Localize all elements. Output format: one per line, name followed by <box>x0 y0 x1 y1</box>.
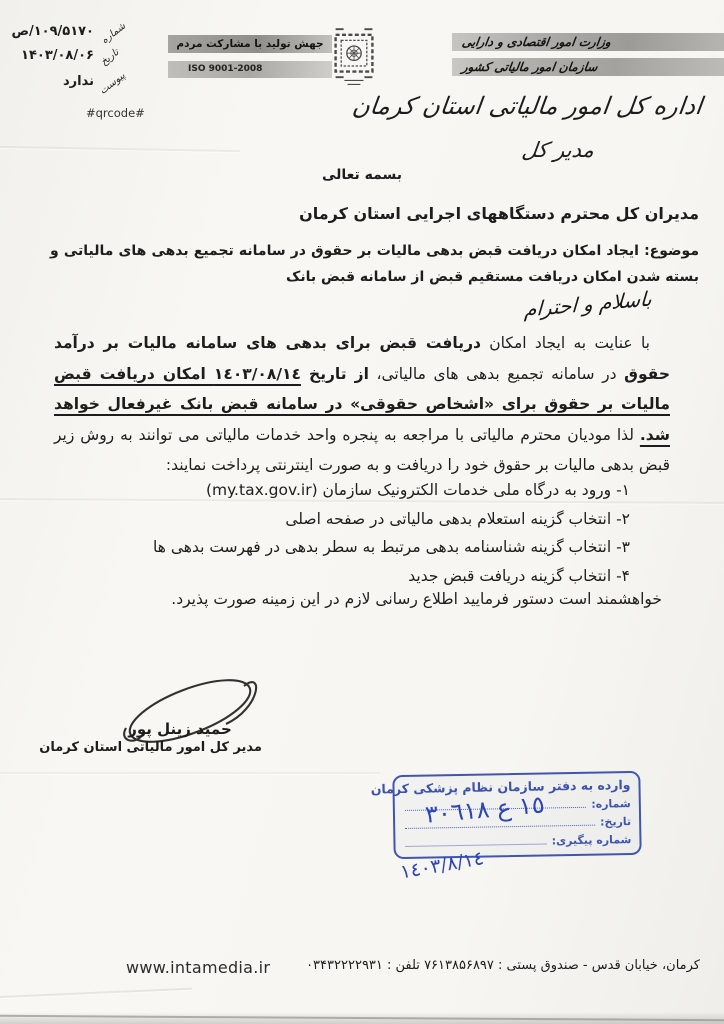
ministry-banner: وزارت امور اقتصادی و دارایی <box>452 33 724 51</box>
signatory-name: حمید زینل پور <box>128 720 232 738</box>
letter-attachment-value: ندارد <box>4 74 94 89</box>
letter-attachment-label: پیوست <box>98 70 128 97</box>
slogan-banner: جهش تولید با مشارکت مردم <box>168 35 332 53</box>
body-bold-2: از تاریخ <box>301 365 369 383</box>
step-item-2: ۲- انتخاب گزینه استعلام بدهی مالیاتی در … <box>60 505 630 534</box>
iso-banner: ISO 9001-2008 <box>168 61 332 78</box>
letter-number-label: شماره <box>100 21 128 46</box>
office-name-calligraphy: اداره کل امور مالیاتی استان کرمان <box>400 92 703 120</box>
body-regular-3: لذا مودیان محترم مالیاتی با مراجعه به پن… <box>54 426 670 475</box>
stamp-date-label: تاریخ: <box>600 815 631 829</box>
stamp-tracking-row: شماره پیگیری: <box>403 833 631 850</box>
recipient-line: مدیران کل محترم دستگاههای اجرایی استان ک… <box>299 204 699 223</box>
scanned-official-letter: وزارت امور اقتصادی و دارایی سازمان امور … <box>0 0 724 1024</box>
organization-banner-text: سازمان امور مالیاتی کشور <box>451 58 724 76</box>
letter-date-label: تاریخ <box>99 47 121 68</box>
paper-crease <box>0 988 192 998</box>
iso-banner-text: ISO 9001-2008 <box>168 61 332 78</box>
body-paragraph: با عنایت به ایجاد امکان دریافت قبض برای … <box>54 328 670 481</box>
closing-line: خواهشمند است دستور فرمایید اطلاع رسانی ل… <box>171 590 662 608</box>
subject-text: ایجاد امکان دریافت قبض بدهی مالیات بر حق… <box>50 243 699 285</box>
organization-banner: سازمان امور مالیاتی کشور <box>452 58 724 76</box>
steps-list: ۱- ورود به درگاه ملی خدمات الکترونیک ساز… <box>60 476 630 590</box>
slogan-banner-text: جهش تولید با مشارکت مردم <box>168 35 332 53</box>
ministry-banner-text: وزارت امور اقتصادی و دارایی <box>451 33 724 51</box>
footer-address: کرمان، خیابان قدس - صندوق پستی : ۷۶۱۳۸۵۶… <box>306 958 700 973</box>
stamp-handwritten-date: ١٤٠٣/٨/١٤ <box>399 847 486 883</box>
paper-crease <box>0 146 240 152</box>
director-general-calligraphy: مدیر کل <box>509 138 608 162</box>
dotted-line <box>406 842 547 846</box>
letter-date-value: ۱۴۰۳/۰۸/۰۶ <box>4 48 94 63</box>
signatory-title: مدیر کل امور مالیاتی استان کرمان <box>90 740 262 755</box>
step-item-3: ۳- انتخاب گزینه شناسنامه بدهی مرتبط به س… <box>60 533 630 562</box>
received-stamp: وارده به دفتر سازمان نظام پزشکی کرمان شم… <box>392 771 641 859</box>
tax-organization-emblem-icon <box>330 26 378 90</box>
paper-crease <box>0 772 380 774</box>
handwritten-greeting: باسلام و احترام <box>524 286 653 321</box>
stamp-tracking-label: شماره پیگیری: <box>552 833 632 847</box>
body-regular-2: در سامانه تجمیع بدهی های مالیاتی، <box>369 365 624 383</box>
subject-line: موضوع: ایجاد امکان دریافت قبض بدهی مالیا… <box>50 238 699 290</box>
body-regular-1: با عنایت به ایجاد امکان <box>481 334 650 352</box>
step-item-4: ۴- انتخاب گزینه دریافت قبض جدید <box>60 562 630 591</box>
letter-number-value: ۱۰۹/۵۱۷۰/ص <box>4 24 94 39</box>
qrcode-placeholder: #qrcode# <box>86 106 145 120</box>
footer-website: www.intamedia.ir <box>126 958 270 977</box>
bismillah: بسمه تعالی <box>322 167 402 183</box>
subject-label: موضوع: <box>644 243 699 259</box>
stamp-number-label: شماره: <box>591 797 631 811</box>
